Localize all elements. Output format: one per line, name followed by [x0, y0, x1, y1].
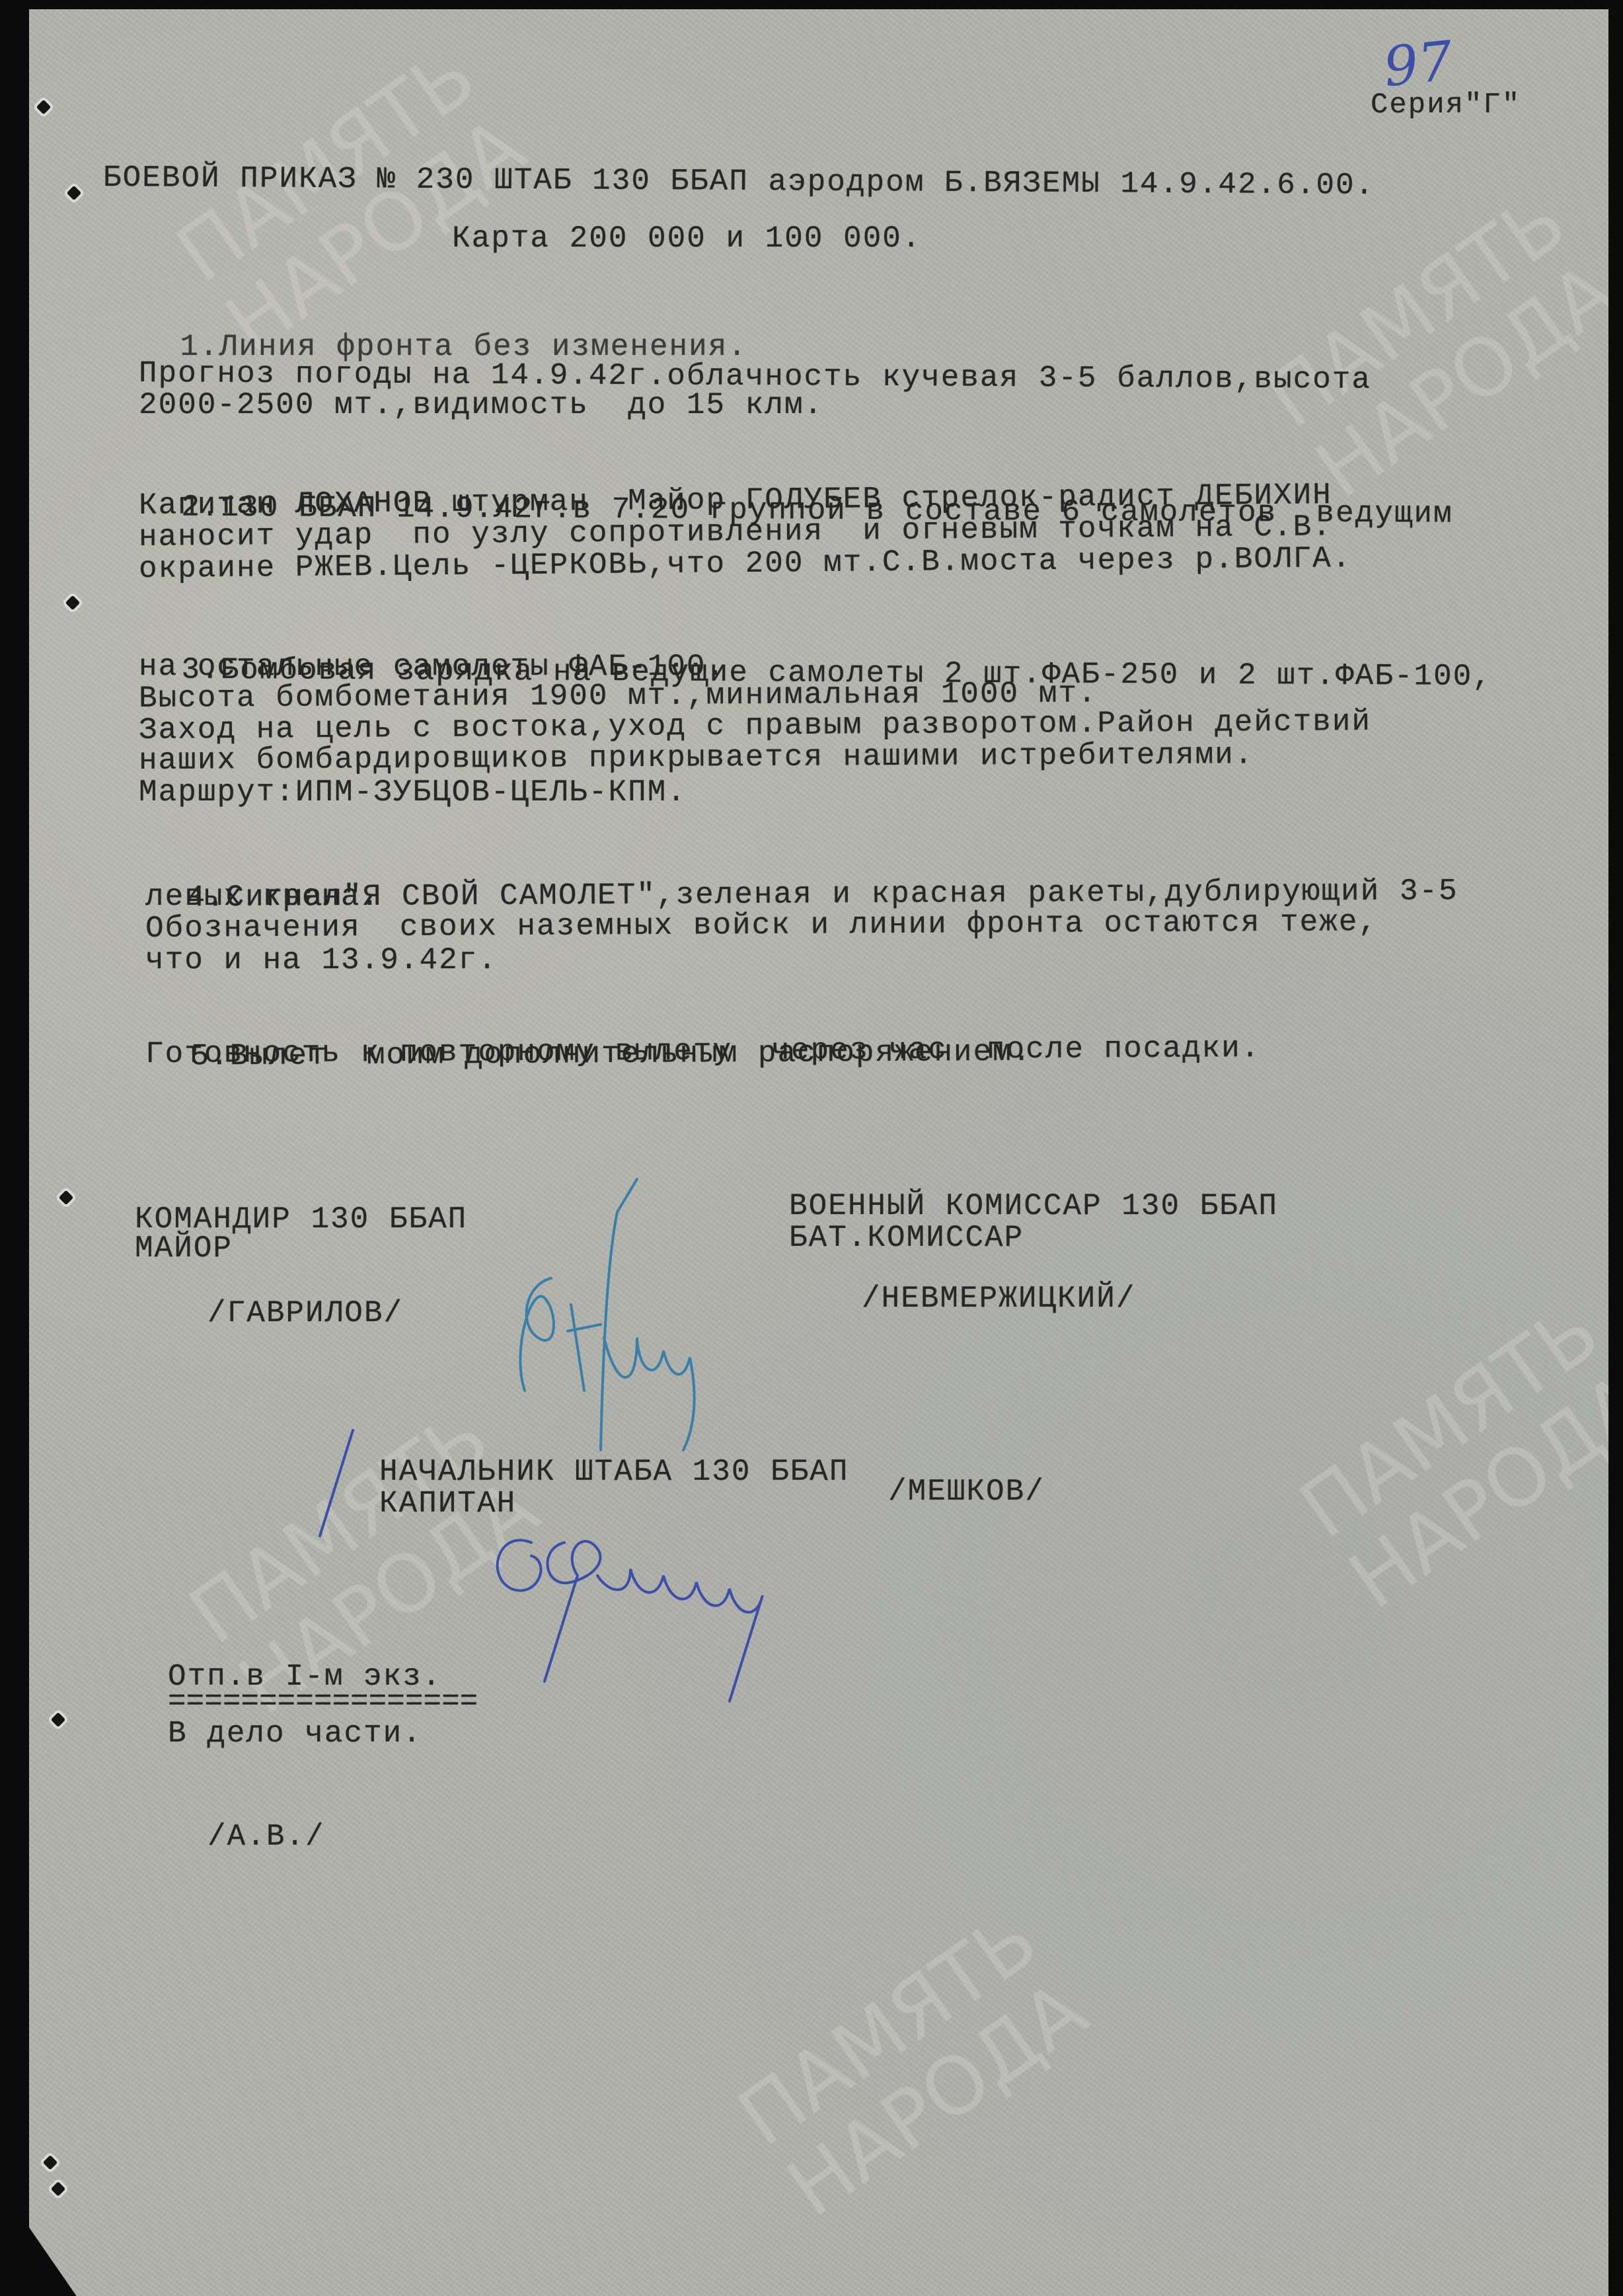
order-title: БОЕВОЙ ПРИКАЗ № 230 ШТАБ 130 ББАП аэродр… [103, 161, 1375, 202]
binding-hole [67, 186, 82, 201]
section-3-line: Маршрут:ИПМ-ЗУБЦОВ-ЦЕЛЬ-КПМ. [139, 776, 687, 809]
section-4-line: левых крена. [145, 880, 380, 913]
commissar-name: /НЕВМЕРЖИЦКИЙ/ [862, 1282, 1135, 1315]
binding-hole [51, 2182, 66, 2197]
commissar-rank: БАТ.КОМИССАР [789, 1221, 1024, 1254]
file-note: В дело части. [168, 1717, 422, 1750]
separator: ================= [168, 1685, 478, 1718]
typist-initials: /А.В./ [208, 1820, 325, 1853]
binding-hole [59, 1190, 74, 1205]
binding-hole [43, 2155, 58, 2170]
section-5-line: Готовность к повторному вылету через час… [145, 1032, 1261, 1071]
commander-rank: МАЙОР [135, 1232, 233, 1265]
section-3-line: наших бомбардировщиков прикрывается наши… [139, 738, 1254, 777]
series-label: Серия"Г" [1371, 89, 1521, 122]
section-4-line: что и на 13.9.42г. [145, 944, 498, 977]
weather-line-2: 2000-2500 мт.,видимость до 15 клм. [139, 389, 823, 422]
watermark: ПАМЯТЬ НАРОДА [1286, 1289, 1623, 1625]
binding-hole [36, 100, 52, 115]
commissar-title: ВОЕННЫЙ КОМИССАР 130 ББАП [789, 1190, 1278, 1223]
commander-name: /ГАВРИЛОВ/ [208, 1297, 403, 1330]
map-line: Карта 200 000 и 100 000. [452, 222, 922, 255]
document-page: ПАМЯТЬ НАРОДА ПАМЯТЬ НАРОДА ПАМЯТЬ НАРОД… [29, 9, 1608, 2296]
binding-hole [51, 1712, 66, 1728]
watermark: ПАМЯТЬ НАРОДА [724, 1897, 1102, 2233]
commander-signature [485, 1172, 723, 1450]
section-4-line: Обозначения своих наземных войск и линии… [145, 905, 1378, 945]
binding-hole [65, 595, 81, 611]
